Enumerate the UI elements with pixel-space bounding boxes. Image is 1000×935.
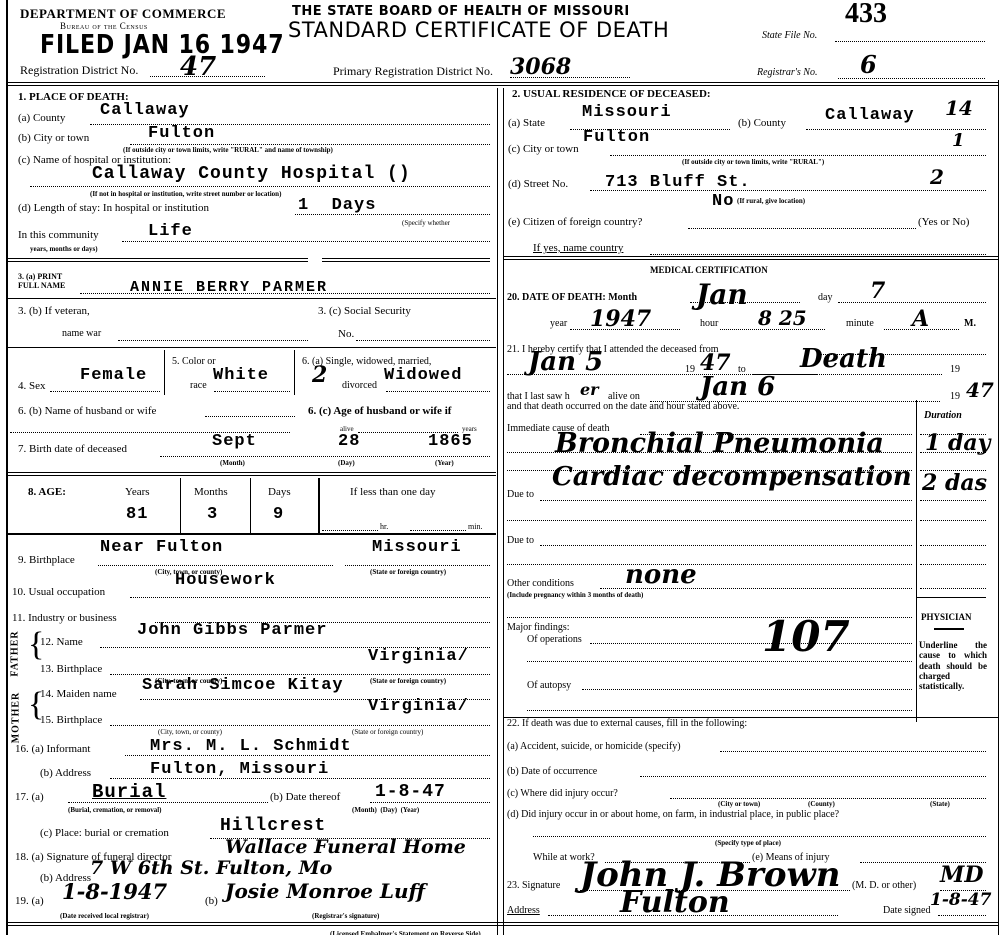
duration-label: Duration — [924, 410, 962, 421]
informant-value: Mrs. M. L. Schmidt — [150, 737, 352, 756]
physician-heading: PHYSICIAN — [921, 612, 972, 622]
state-board-label: THE STATE BOARD OF HEALTH OF MISSOURI — [292, 4, 630, 19]
attended-from-value: Jan 5 — [528, 347, 603, 377]
industry-label: 11. Industry or business — [12, 612, 117, 624]
burial-type-caption: (Burial, cremation, or removal) — [68, 806, 162, 814]
age-hr-label: hr. — [380, 522, 388, 531]
burial-place-value: Hillcrest — [220, 816, 326, 836]
last-saw-suffix: er — [580, 380, 599, 399]
birth-month-caption: (Month) — [220, 459, 245, 467]
alive-year-value: 47 — [966, 378, 994, 402]
spouse-name-label: 6. (b) Name of husband or wife — [18, 405, 156, 417]
burial-date-caption: (Month) (Day) (Year) — [352, 806, 419, 814]
registrar-signature-caption: (Registrar's signature) — [312, 912, 379, 920]
due-to-1-value: Cardiac decompensation — [552, 462, 912, 492]
date-received-num: 19. (a) — [15, 895, 44, 907]
country-label: If yes, name country — [533, 242, 623, 254]
center-divider — [497, 88, 498, 935]
right-border — [998, 80, 999, 935]
father-birthplace-value: Virginia/ — [368, 647, 469, 666]
birthplace-state-value: Missouri — [372, 538, 462, 557]
registrar-signature: Josie Monroe Luff — [225, 879, 425, 903]
mother-state-caption: (State or foreign country) — [352, 728, 423, 736]
signature-title-label: (M. D. or other) — [852, 880, 916, 891]
full-name-value: ANNIE BERRY PARMER — [130, 279, 328, 296]
race-label: race — [190, 380, 207, 391]
age-months-value: 3 — [207, 505, 218, 524]
mother-city-caption: (City, town, or county) — [158, 728, 222, 736]
residence-city-note: (If outside city or town limits, write "… — [682, 158, 824, 166]
age-years-value: 81 — [126, 505, 148, 524]
burial-date-value: 1-8-47 — [375, 782, 446, 802]
informant-label: 16. (a) Informant — [15, 743, 90, 755]
alive-year-prefix: 19 — [950, 391, 960, 402]
divorced-label: divorced — [342, 380, 377, 391]
birthplace-city-value: Near Fulton — [100, 538, 223, 557]
attended-to-value: Death — [800, 344, 887, 374]
birth-year-caption: (Year) — [435, 459, 454, 467]
death-county-label: (a) County — [18, 112, 65, 124]
mother-birthplace-label: 15. Birthplace — [40, 714, 102, 726]
external-d-caption: (Specify type of place) — [715, 839, 781, 847]
informant-address-label: (b) Address — [40, 767, 91, 779]
external-c-city-caption: (City or town) — [718, 800, 760, 808]
certificate-title: STANDARD CERTIFICATE OF DEATH — [288, 18, 669, 42]
residence-state-value: Missouri — [582, 103, 672, 122]
occupation-value: Housework — [175, 571, 276, 590]
registrar-no-label: Registrar's No. — [757, 67, 817, 78]
full-name-label-1: 3. (a) PRINT — [18, 272, 62, 281]
left-border — [6, 0, 8, 935]
birth-month-value: Sept — [212, 432, 257, 451]
spouse-age-label: 6. (c) Age of husband or wife if — [308, 405, 451, 417]
other-conditions-label: Other conditions — [507, 578, 574, 589]
date-signed-value: 1-8-47 — [930, 890, 991, 910]
hospital-value: Callaway County Hospital () — [92, 164, 411, 184]
immediate-cause-duration: 1 day — [925, 430, 990, 456]
dept-label: DEPARTMENT OF COMMERCE — [20, 6, 226, 22]
physician-note: Underline the cause to which death shoul… — [919, 640, 987, 692]
registrar-no-value: 6 — [860, 50, 877, 79]
occupation-label: 10. Usual occupation — [12, 586, 105, 598]
from-year-prefix: 19 — [685, 364, 695, 375]
external-b-label: (b) Date of occurrence — [507, 766, 597, 777]
father-side-label: FATHER — [10, 630, 21, 676]
death-day-label: day — [818, 292, 832, 303]
mother-birthplace-value: Virginia/ — [368, 697, 469, 716]
registration-district-label: Registration District No. — [20, 63, 138, 78]
residence-heading: 2. USUAL RESIDENCE OF DECEASED: — [512, 88, 711, 100]
citizen-note: (Yes or No) — [918, 216, 969, 228]
date-of-death-label: 20. DATE OF DEATH: Month — [507, 292, 637, 303]
external-d-label: (d) Did injury occur in or about home, o… — [507, 809, 839, 820]
stay-note: (Specify whether — [402, 219, 450, 227]
death-city-label: (b) City or town — [18, 132, 89, 144]
due-to-1-duration: 2 das — [922, 470, 987, 496]
community-note: years, months or days) — [30, 245, 98, 253]
veteran-war-label: name war — [62, 328, 101, 339]
other-conditions-note: (Include pregnancy within 3 months of de… — [507, 591, 643, 599]
father-name-label: 12. Name — [40, 636, 83, 648]
birth-day-caption: (Day) — [338, 459, 355, 467]
city-code-mark: 1 — [952, 130, 965, 151]
signature-title-value: MD — [940, 862, 983, 888]
date-received-value: 1-8-1947 — [62, 879, 167, 904]
date-received-caption: (Date received local registrar) — [60, 912, 149, 920]
due-to-2-label: Due to — [507, 535, 534, 546]
state-file-number: 433 — [845, 0, 887, 30]
primary-registration-value: 3068 — [510, 54, 571, 80]
marital-code-mark: 2 — [312, 362, 327, 388]
age-min-label: min. — [468, 522, 482, 531]
length-of-stay-value: 1 Days — [298, 196, 376, 215]
marital-status-value: Widowed — [384, 366, 462, 385]
external-c-county-caption: (County) — [808, 800, 835, 808]
mother-side-label: MOTHER — [10, 692, 21, 744]
father-name-value: John Gibbs Parmer — [137, 621, 327, 640]
father-birthplace-label: 13. Birthplace — [40, 663, 102, 675]
birthplace-state-caption: (State or foreign country) — [370, 568, 446, 576]
race-value: White — [213, 366, 269, 385]
registrar-b-label: (b) — [205, 895, 218, 907]
full-name-label-2: FULL NAME — [18, 281, 65, 290]
duration-column-divider — [916, 400, 917, 722]
to-year-prefix: 19 — [950, 364, 960, 375]
embalmer-statement-note: (Licensed Embalmer's Statement on Revers… — [330, 930, 481, 935]
citizen-value: No — [712, 192, 734, 211]
header-divider — [8, 82, 998, 86]
community-label: In this community — [18, 229, 99, 241]
hospital-note: (If not in hospital or institution, writ… — [90, 190, 281, 198]
signature-address-label: Address — [507, 905, 540, 916]
immediate-cause-value: Bronchial Pneumonia — [555, 428, 884, 459]
death-m-label: M. — [964, 318, 976, 329]
age-less-than-day-label: If less than one day — [350, 486, 436, 498]
death-city-note: (If outside city or town limits, write "… — [123, 146, 333, 154]
alive-on-value: Jan 6 — [700, 372, 775, 402]
other-conditions-value: none — [625, 560, 697, 590]
stated-above-text: and that death occurred on the date and … — [507, 401, 739, 412]
residence-city-value: Fulton — [583, 128, 650, 147]
sex-label: 4. Sex — [18, 380, 46, 392]
street-label: (d) Street No. — [508, 178, 568, 190]
burial-type-value: Burial — [92, 781, 166, 803]
social-security-label: 3. (c) Social Security — [318, 305, 411, 317]
social-security-no-label: No. — [338, 328, 354, 340]
medical-heading: MEDICAL CERTIFICATION — [650, 265, 768, 275]
state-file-label: State File No. — [762, 30, 817, 41]
death-city-value: Fulton — [148, 124, 215, 143]
age-label: 8. AGE: — [28, 486, 66, 498]
filed-stamp: FILED JAN 16 1947 — [40, 30, 284, 60]
residence-county-value: Callaway — [825, 106, 915, 125]
veteran-label: 3. (b) If veteran, — [18, 305, 90, 317]
residence-city-label: (c) City or town — [508, 143, 579, 155]
death-month-value: Jan — [696, 278, 748, 311]
external-c-state-caption: (State) — [930, 800, 950, 808]
funeral-address-value: 7 W 6th St. Fulton, Mo — [90, 857, 332, 879]
death-hour-value: 8 25 — [758, 306, 807, 330]
length-of-stay-label: (d) Length of stay: In hospital or insti… — [18, 202, 209, 214]
sex-value: Female — [80, 366, 147, 385]
registration-district-value: 47 — [180, 52, 216, 82]
color-label: 5. Color or — [172, 356, 216, 367]
operations-label: Of operations — [527, 634, 582, 645]
major-findings-label: Major findings: — [507, 622, 570, 633]
death-year-label: year — [550, 318, 567, 329]
external-a-label: (a) Accident, suicide, or homicide (spec… — [507, 741, 681, 752]
residence-state-label: (a) State — [508, 117, 545, 129]
autopsy-label: Of autopsy — [527, 680, 571, 691]
informant-address-value: Fulton, Missouri — [150, 760, 329, 779]
father-state-caption: (State or foreign country) — [370, 677, 446, 685]
age-days-value: 9 — [273, 505, 284, 524]
residence-county-label: (b) County — [738, 117, 786, 129]
mother-name-value: Sarah Simcoe Kitay — [142, 676, 344, 695]
street-value: 713 Bluff St. — [605, 173, 751, 192]
external-c-label: (c) Where did injury occur? — [507, 788, 618, 799]
external-heading: 22. If death was due to external causes,… — [507, 718, 747, 729]
funeral-director-signature: Wallace Funeral Home — [225, 836, 466, 858]
birthplace-label: 9. Birthplace — [18, 554, 75, 566]
signature-address-value: Fulton — [620, 885, 730, 920]
date-signed-label: Date signed — [883, 905, 931, 916]
citizen-label: (e) Citizen of foreign country? — [508, 216, 642, 228]
street-note: (If rural, give location) — [737, 197, 805, 205]
major-findings-mark: 107 — [762, 612, 850, 661]
death-minute-label: minute — [846, 318, 874, 329]
birth-day-value: 28 — [338, 432, 360, 451]
birth-year-value: 1865 — [428, 432, 473, 451]
death-ampm-value: A — [912, 306, 929, 332]
death-county-value: Callaway — [100, 101, 190, 120]
burial-date-label: (b) Date thereof — [270, 791, 340, 803]
burial-num-label: 17. (a) — [15, 791, 44, 803]
death-hour-label: hour — [700, 318, 718, 329]
burial-place-label: (c) Place: burial or cremation — [40, 827, 169, 839]
age-months-label: Months — [194, 486, 228, 498]
signature-label: 23. Signature — [507, 880, 560, 891]
death-year-value: 1947 — [590, 306, 651, 332]
street-code-mark: 2 — [930, 165, 944, 189]
mother-name-label: 14. Maiden name — [40, 688, 117, 700]
age-years-label: Years — [125, 486, 150, 498]
county-code-mark: 14 — [945, 96, 973, 120]
community-value: Life — [148, 222, 193, 241]
age-days-label: Days — [268, 486, 291, 498]
birth-date-label: 7. Birth date of deceased — [18, 443, 127, 455]
death-day-value: 7 — [870, 278, 885, 304]
primary-registration-label: Primary Registration District No. — [333, 64, 493, 79]
due-to-1-label: Due to — [507, 489, 534, 500]
